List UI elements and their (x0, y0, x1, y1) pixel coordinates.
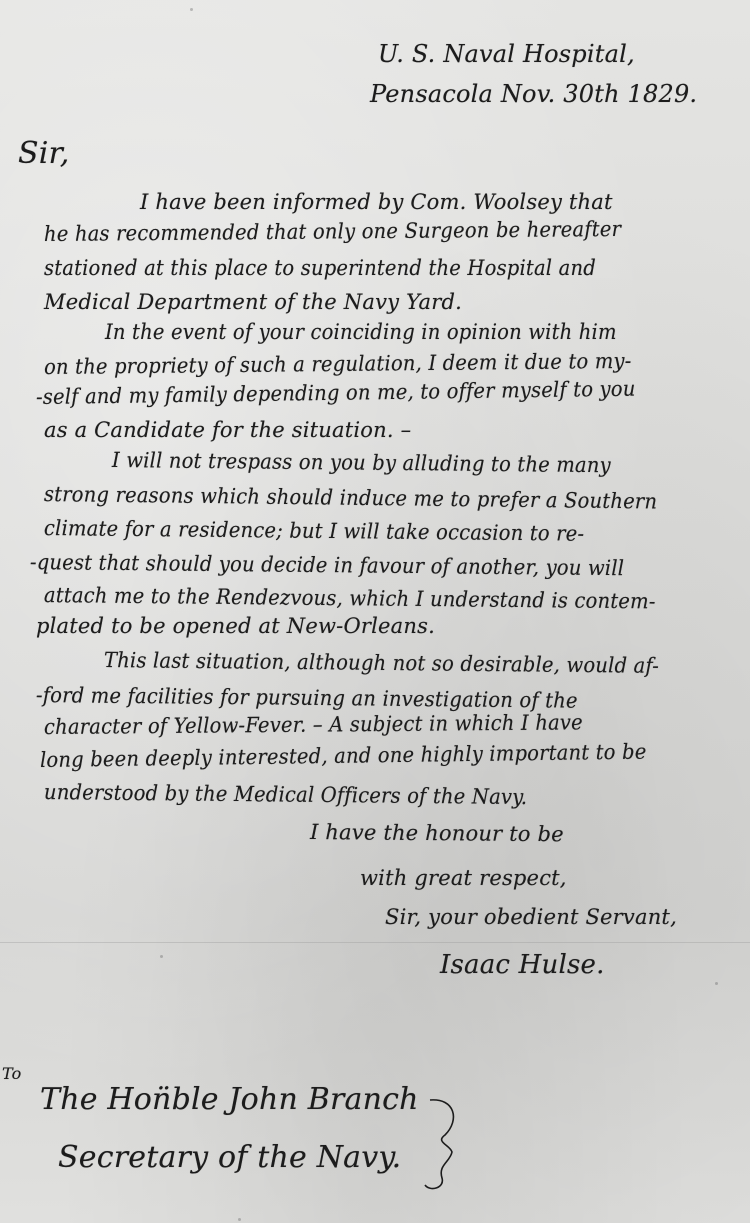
body-line: plated to be opened at New-Orleans. (36, 614, 435, 638)
signature: Isaac Hulse. (440, 950, 605, 980)
header-date: Pensacola Nov. 30th 1829. (370, 80, 697, 108)
salutation: Sir, (18, 136, 70, 171)
body-line: long been deeply interested, and one hig… (40, 740, 647, 772)
closing-line: with great respect, (360, 866, 567, 890)
body-line: as a Candidate for the situation. – (44, 418, 411, 442)
letter-page: U. S. Naval Hospital, Pensacola Nov. 30t… (0, 0, 750, 1223)
body-line: attach me to the Rendezvous, which I und… (44, 583, 656, 613)
body-line: This last situation, although not so des… (104, 648, 659, 678)
body-line: understood by the Medical Officers of th… (44, 780, 527, 809)
address-title: Secretary of the Navy. (58, 1140, 401, 1175)
brace-flourish-icon (420, 1090, 470, 1200)
paper-speck (160, 955, 163, 958)
paper-fold-line (0, 942, 750, 943)
paper-speck (190, 8, 193, 11)
body-line: stationed at this place to superintend t… (44, 256, 596, 280)
paper-speck (238, 1218, 241, 1221)
body-line: -ford me facilities for pursuing an inve… (36, 683, 578, 713)
body-line: character of Yellow-Fever. – A subject i… (44, 710, 583, 739)
paper-speck (715, 982, 718, 985)
body-line: he has recommended that only one Surgeon… (44, 217, 621, 246)
header-location: U. S. Naval Hospital, (378, 40, 635, 68)
body-line: climate for a residence; but I will take… (44, 516, 585, 546)
body-line: In the event of your coinciding in opini… (105, 320, 617, 344)
address-to-mark: To (2, 1064, 21, 1083)
address-recipient: The Hon̈ble John Branch (40, 1082, 419, 1117)
closing-line: I have the honour to be (310, 820, 564, 846)
body-line: on the propriety of such a regulation, I… (44, 349, 632, 379)
body-line: I will not trespass on you by alluding t… (112, 448, 611, 477)
body-line: strong reasons which should induce me to… (44, 482, 657, 513)
closing-line: Sir, your obedient Servant, (385, 905, 677, 929)
body-line: Medical Department of the Navy Yard. (44, 290, 462, 314)
body-line: I have been informed by Com. Woolsey tha… (140, 190, 613, 214)
body-line: -self and my family depending on me, to … (36, 377, 636, 409)
body-line: -quest that should you decide in favour … (30, 550, 624, 580)
